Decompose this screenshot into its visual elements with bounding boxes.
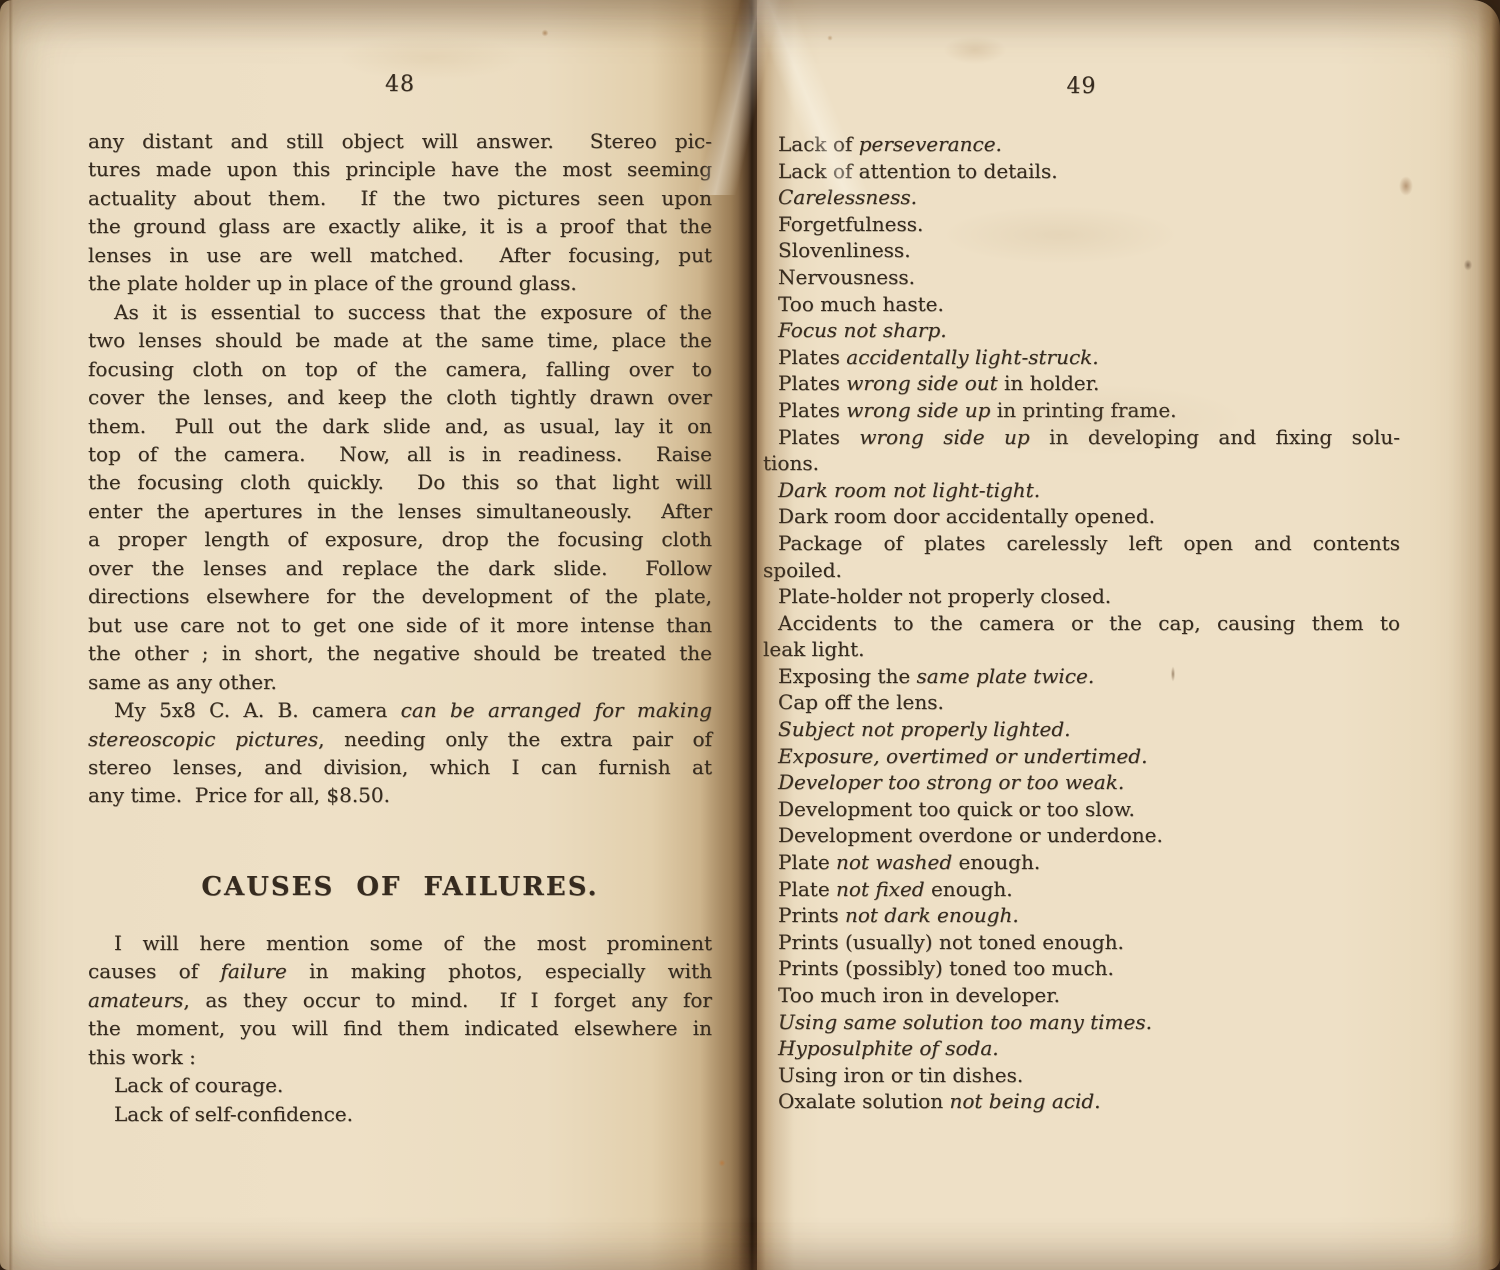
text-line: Nervousness. [763, 264, 1400, 291]
causes-of-failures-heading: CAUSES OF FAILURES. [88, 872, 712, 902]
text-line: Prints not dark enough. [763, 902, 1400, 929]
text-line: Development overdone or underdone. [763, 822, 1400, 849]
text-line: same as any other. [88, 668, 712, 696]
right-page: 49 Lack of perseverance.Lack of attentio… [757, 0, 1500, 1270]
left-page: 48 any distant and still object will ans… [0, 0, 757, 1270]
text-line: Dark room door accidentally opened. [763, 503, 1400, 530]
text-line: Using iron or tin dishes. [763, 1062, 1400, 1089]
text-line: Plate not washed enough. [763, 849, 1400, 876]
text-line: the focusing cloth quickly. Do this so t… [88, 468, 712, 496]
text-line: Plates wrong side out in holder. [763, 370, 1400, 397]
text-line: Too much iron in developer. [763, 982, 1400, 1009]
text-line: Slovenliness. [763, 237, 1400, 264]
text-line: stereoscopic pictures, needing only the … [88, 725, 712, 753]
text-line: any distant and still object will answer… [88, 127, 712, 155]
text-line: Exposing the same plate twice. [763, 663, 1400, 690]
text-line: the moment, you will find them indicated… [88, 1014, 712, 1042]
text-line: spoiled. [763, 557, 1400, 584]
text-line: Development too quick or too slow. [763, 796, 1400, 823]
text-line: Prints (possibly) toned too much. [763, 955, 1400, 982]
text-line: Oxalate solution not being acid. [763, 1088, 1400, 1115]
text-line: any time. Price for all, $8.50. [88, 781, 712, 809]
text-line: Accidents to the camera or the cap, caus… [763, 610, 1400, 637]
right-page-text-column: Lack of perseverance.Lack of attention t… [763, 131, 1400, 1115]
text-line: over the lenses and replace the dark sli… [88, 554, 712, 582]
text-line: enter the apertures in the lenses simult… [88, 497, 712, 525]
text-line: focusing cloth on top of the camera, fal… [88, 355, 712, 383]
text-line: the ground glass are exactly alike, it i… [88, 212, 712, 240]
text-line: Focus not sharp. [763, 317, 1400, 344]
text-line: amateurs, as they occur to mind. If I fo… [88, 986, 712, 1014]
text-line: the plate holder up in place of the grou… [88, 269, 712, 297]
text-line: My 5x8 C. A. B. camera can be arranged f… [88, 696, 712, 724]
text-line: Plates accidentally light-struck. [763, 344, 1400, 371]
text-line: Plate-holder not properly closed. [763, 583, 1400, 610]
text-line: lenses in use are well matched. After fo… [88, 241, 712, 269]
right-page-number: 49 [763, 74, 1400, 99]
text-line: Developer too strong or too weak. [763, 769, 1400, 796]
text-line: Lack of self-confidence. [88, 1100, 712, 1128]
text-line: Lack of attention to details. [763, 158, 1400, 185]
text-line: Plate not fixed enough. [763, 876, 1400, 903]
text-line: a proper length of exposure, drop the fo… [88, 525, 712, 553]
left-page-text-column: any distant and still object will answer… [88, 127, 712, 810]
text-line: Dark room not light-tight. [763, 477, 1400, 504]
text-line: Carelessness. [763, 184, 1400, 211]
left-page-text-column-2: I will here mention some of the most pro… [88, 929, 712, 1128]
text-line: Package of plates carelessly left open a… [763, 530, 1400, 557]
text-line: Cap off the lens. [763, 689, 1400, 716]
text-line: the other ; in short, the negative shoul… [88, 639, 712, 667]
left-page-number: 48 [88, 72, 712, 97]
text-line: Plates wrong side up in developing and f… [763, 424, 1400, 451]
text-line: but use care not to get one side of it m… [88, 611, 712, 639]
text-line: stereo lenses, and division, which I can… [88, 753, 712, 781]
text-line: tions. [763, 450, 1400, 477]
text-line: Hyposulphite of soda. [763, 1035, 1400, 1062]
text-line: causes of failure in making photos, espe… [88, 957, 712, 985]
text-line: Exposure, overtimed or undertimed. [763, 743, 1400, 770]
book-scan: 48 any distant and still object will ans… [0, 0, 1500, 1270]
text-line: Forgetfulness. [763, 211, 1400, 238]
text-line: Subject not properly lighted. [763, 716, 1400, 743]
text-line: Lack of courage. [88, 1071, 712, 1099]
text-line: them. Pull out the dark slide and, as us… [88, 412, 712, 440]
text-line: Using same solution too many times. [763, 1009, 1400, 1036]
text-line: Prints (usually) not toned enough. [763, 929, 1400, 956]
text-line: this work : [88, 1043, 712, 1071]
text-line: Too much haste. [763, 291, 1400, 318]
text-line: I will here mention some of the most pro… [88, 929, 712, 957]
text-line: two lenses should be made at the same ti… [88, 326, 712, 354]
text-line: leak light. [763, 636, 1400, 663]
text-line: tures made upon this principle have the … [88, 155, 712, 183]
text-line: directions elsewhere for the development… [88, 582, 712, 610]
text-line: As it is essential to success that the e… [88, 298, 712, 326]
text-line: actuality about them. If the two picture… [88, 184, 712, 212]
text-line: Plates wrong side up in printing frame. [763, 397, 1400, 424]
text-line: cover the lenses, and keep the cloth tig… [88, 383, 712, 411]
text-line: Lack of perseverance. [763, 131, 1400, 158]
text-line: top of the camera. Now, all is in readin… [88, 440, 712, 468]
